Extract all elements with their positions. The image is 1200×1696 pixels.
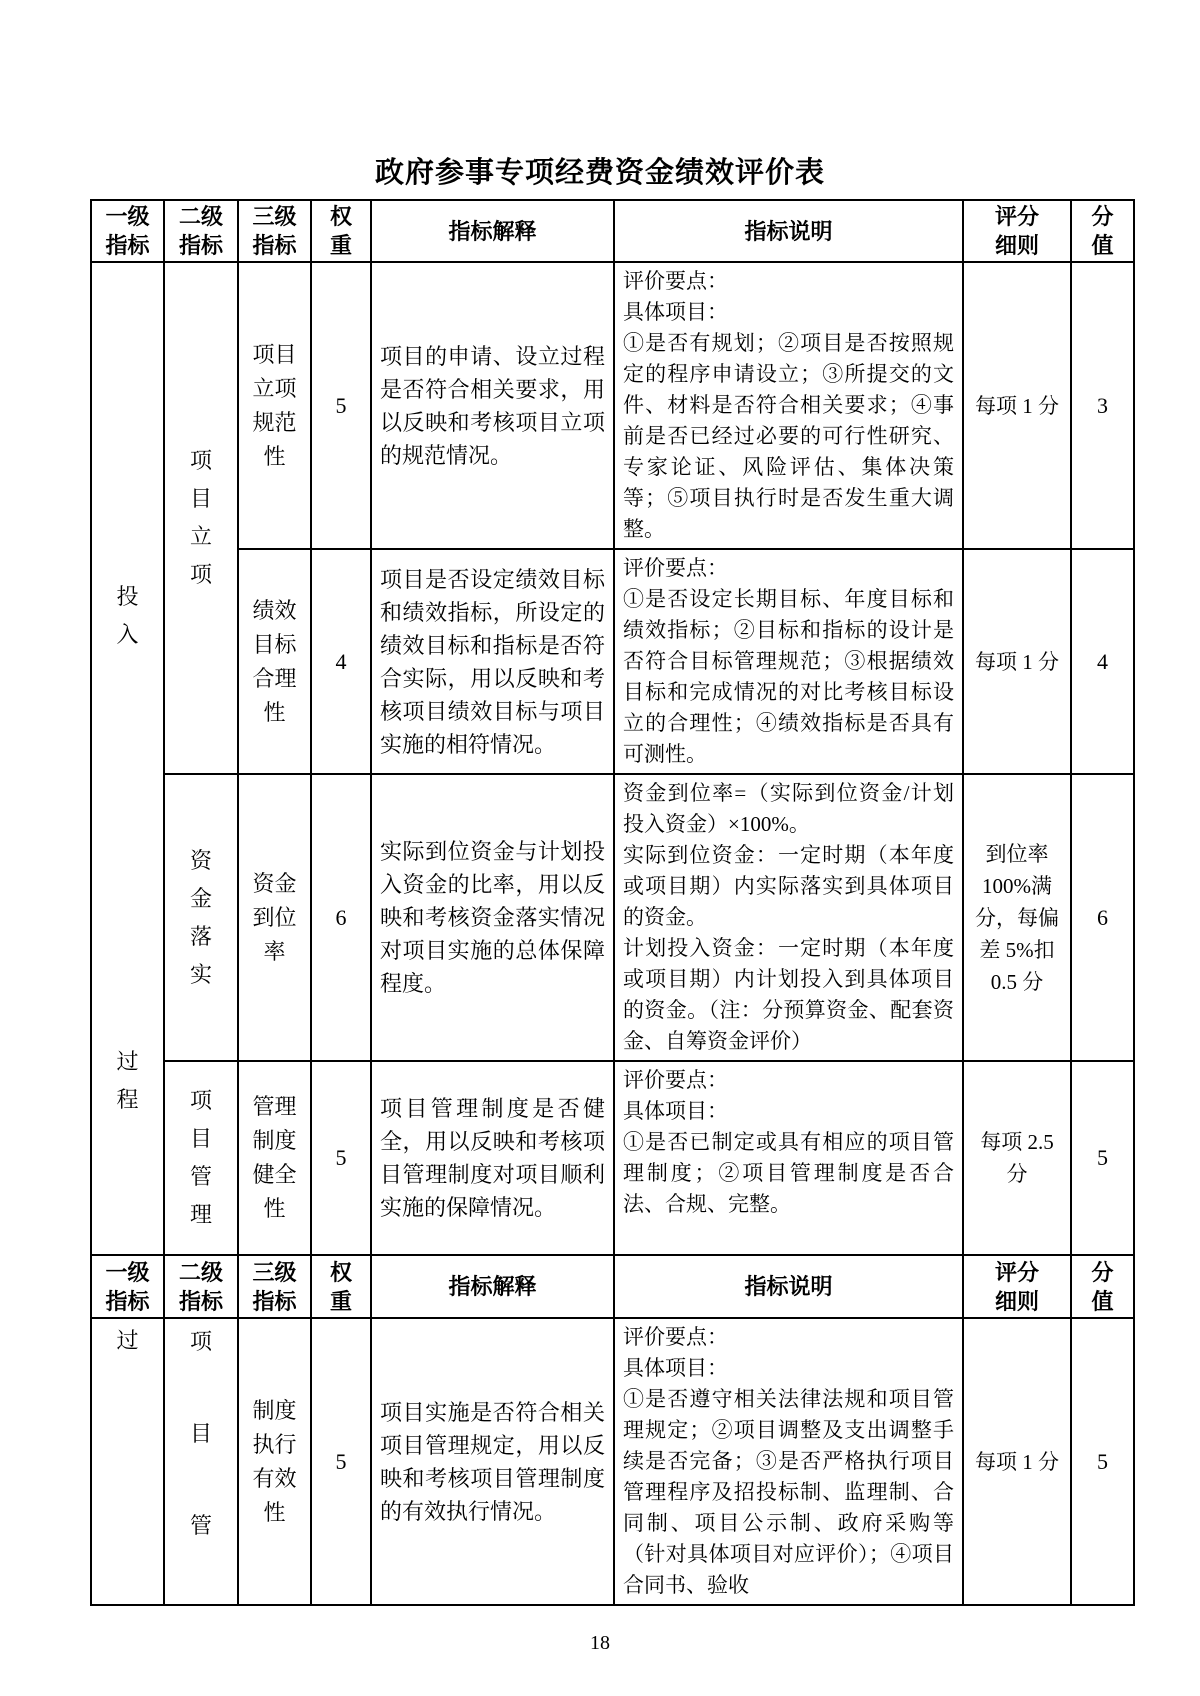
cell-level2-fund-implement: 资 金 落 实 (164, 774, 238, 1061)
cell-r2-explain: 项目是否设定绩效目标和绩效指标，所设定的绩效目标和指标是否符合实际，用以反映和考… (371, 549, 614, 774)
header-level1: 一级 指标 (91, 1255, 164, 1318)
header-explain: 指标解释 (371, 1255, 614, 1318)
header-desc: 指标说明 (614, 200, 963, 262)
cell-r3-rule: 到位率100%满分，每偏差 5%扣 0.5 分 (963, 774, 1071, 1061)
cell-r1-weight: 5 (311, 262, 371, 549)
table-row: 绩效 目标 合理 性 4 项目是否设定绩效目标和绩效指标，所设定的绩效目标和指标… (91, 549, 1134, 774)
cell-r4-explain: 项目管理制度是否健全，用以反映和考核项目管理制度对项目顺利实施的保障情况。 (371, 1061, 614, 1255)
cell-r2-rule: 每项 1 分 (963, 549, 1071, 774)
table-row: 资 金 落 实 资金 到位 率 6 实际到位资金与计划投入资金的比率，用以反映和… (91, 774, 1134, 1061)
cell-r4-level3: 管理 制度 健全 性 (238, 1061, 311, 1255)
cell-r3-weight: 6 (311, 774, 371, 1061)
table-row: 过 项 目 管 制度 执行 有效 性 5 项目实施是否符合相关项目管理规定，用以… (91, 1318, 1134, 1605)
page-title: 政府参事专项经费资金绩效评价表 (0, 0, 1200, 191)
cell-r5-level3: 制度 执行 有效 性 (238, 1318, 311, 1605)
cell-r1-rule: 每项 1 分 (963, 262, 1071, 549)
cell-r2-weight: 4 (311, 549, 371, 774)
header-desc: 指标说明 (614, 1255, 963, 1318)
cell-r3-explain: 实际到位资金与计划投入资金的比率，用以反映和考核资金落实情况对项目实施的总体保障… (371, 774, 614, 1061)
header-weight: 权 重 (311, 200, 371, 262)
table-row: 项 目 管 理 管理 制度 健全 性 5 项目管理制度是否健全，用以反映和考核项… (91, 1061, 1134, 1255)
header-rule: 评分 细则 (963, 1255, 1071, 1318)
header-level3: 三级 指标 (238, 200, 311, 262)
document-page: 政府参事专项经费资金绩效评价表 一级 指标 二级 指标 三级 指标 权 重 指标… (0, 0, 1200, 1696)
table-row: 投 入 过 程 项 目 立 项 项目 立项 规范 性 5 项目的申请、设立过程是… (91, 262, 1134, 549)
header-score: 分 值 (1071, 1255, 1134, 1318)
cell-r2-desc: 评价要点： ①是否设定长期目标、年度目标和绩效指标；②目标和指标的设计是否符合目… (614, 549, 963, 774)
header-explain: 指标解释 (371, 200, 614, 262)
cell-r2-score: 4 (1071, 549, 1134, 774)
header-level2: 二级 指标 (164, 1255, 238, 1318)
table-header-row: 一级 指标 二级 指标 三级 指标 权 重 指标解释 指标说明 评分 细则 分 … (91, 200, 1134, 262)
header-rule: 评分 细则 (963, 200, 1071, 262)
cell-level1-process-cont: 过 (91, 1318, 164, 1605)
header-level1: 一级 指标 (91, 200, 164, 262)
header-weight: 权 重 (311, 1255, 371, 1318)
cell-r1-explain: 项目的申请、设立过程是否符合相关要求，用以反映和考核项目立项的规范情况。 (371, 262, 614, 549)
cell-r3-score: 6 (1071, 774, 1134, 1061)
cell-r1-desc: 评价要点： 具体项目： ①是否有规划；②项目是否按照规定的程序申请设立；③所提交… (614, 262, 963, 549)
cell-r4-score: 5 (1071, 1061, 1134, 1255)
cell-r5-desc: 评价要点： 具体项目： ①是否遵守相关法律法规和项目管理规定；②项目调整及支出调… (614, 1318, 963, 1605)
cell-r3-desc: 资金到位率=（实际到位资金/计划投入资金）×100%。 实际到位资金：一定时期（… (614, 774, 963, 1061)
level1-process-label: 过 程 (92, 1043, 163, 1119)
cell-level1-merged: 投 入 过 程 (91, 262, 164, 1255)
cell-r5-rule: 每项 1 分 (963, 1318, 1071, 1605)
header-level2: 二级 指标 (164, 200, 238, 262)
page-number: 18 (0, 1632, 1200, 1655)
cell-r5-explain: 项目实施是否符合相关项目管理规定，用以反映和考核项目管理制度的有效执行情况。 (371, 1318, 614, 1605)
cell-r1-score: 3 (1071, 262, 1134, 549)
table-header-row-repeat: 一级 指标 二级 指标 三级 指标 权 重 指标解释 指标说明 评分 细则 分 … (91, 1255, 1134, 1318)
cell-r4-rule: 每项 2.5 分 (963, 1061, 1071, 1255)
cell-level2-project-manage: 项 目 管 理 (164, 1061, 238, 1255)
level1-input-label: 投 入 (92, 578, 163, 654)
header-score: 分 值 (1071, 200, 1134, 262)
evaluation-table: 一级 指标 二级 指标 三级 指标 权 重 指标解释 指标说明 评分 细则 分 … (90, 199, 1135, 1606)
cell-r4-desc: 评价要点： 具体项目： ①是否已制定或具有相应的项目管理制度；②项目管理制度是否… (614, 1061, 963, 1255)
cell-r5-weight: 5 (311, 1318, 371, 1605)
header-level3: 三级 指标 (238, 1255, 311, 1318)
cell-level2-project-setup: 项 目 立 项 (164, 262, 238, 774)
cell-r4-weight: 5 (311, 1061, 371, 1255)
cell-r1-level3: 项目 立项 规范 性 (238, 262, 311, 549)
cell-r2-level3: 绩效 目标 合理 性 (238, 549, 311, 774)
cell-r3-level3: 资金 到位 率 (238, 774, 311, 1061)
cell-r5-score: 5 (1071, 1318, 1134, 1605)
cell-level2-project-manage-cont: 项 目 管 (164, 1318, 238, 1605)
